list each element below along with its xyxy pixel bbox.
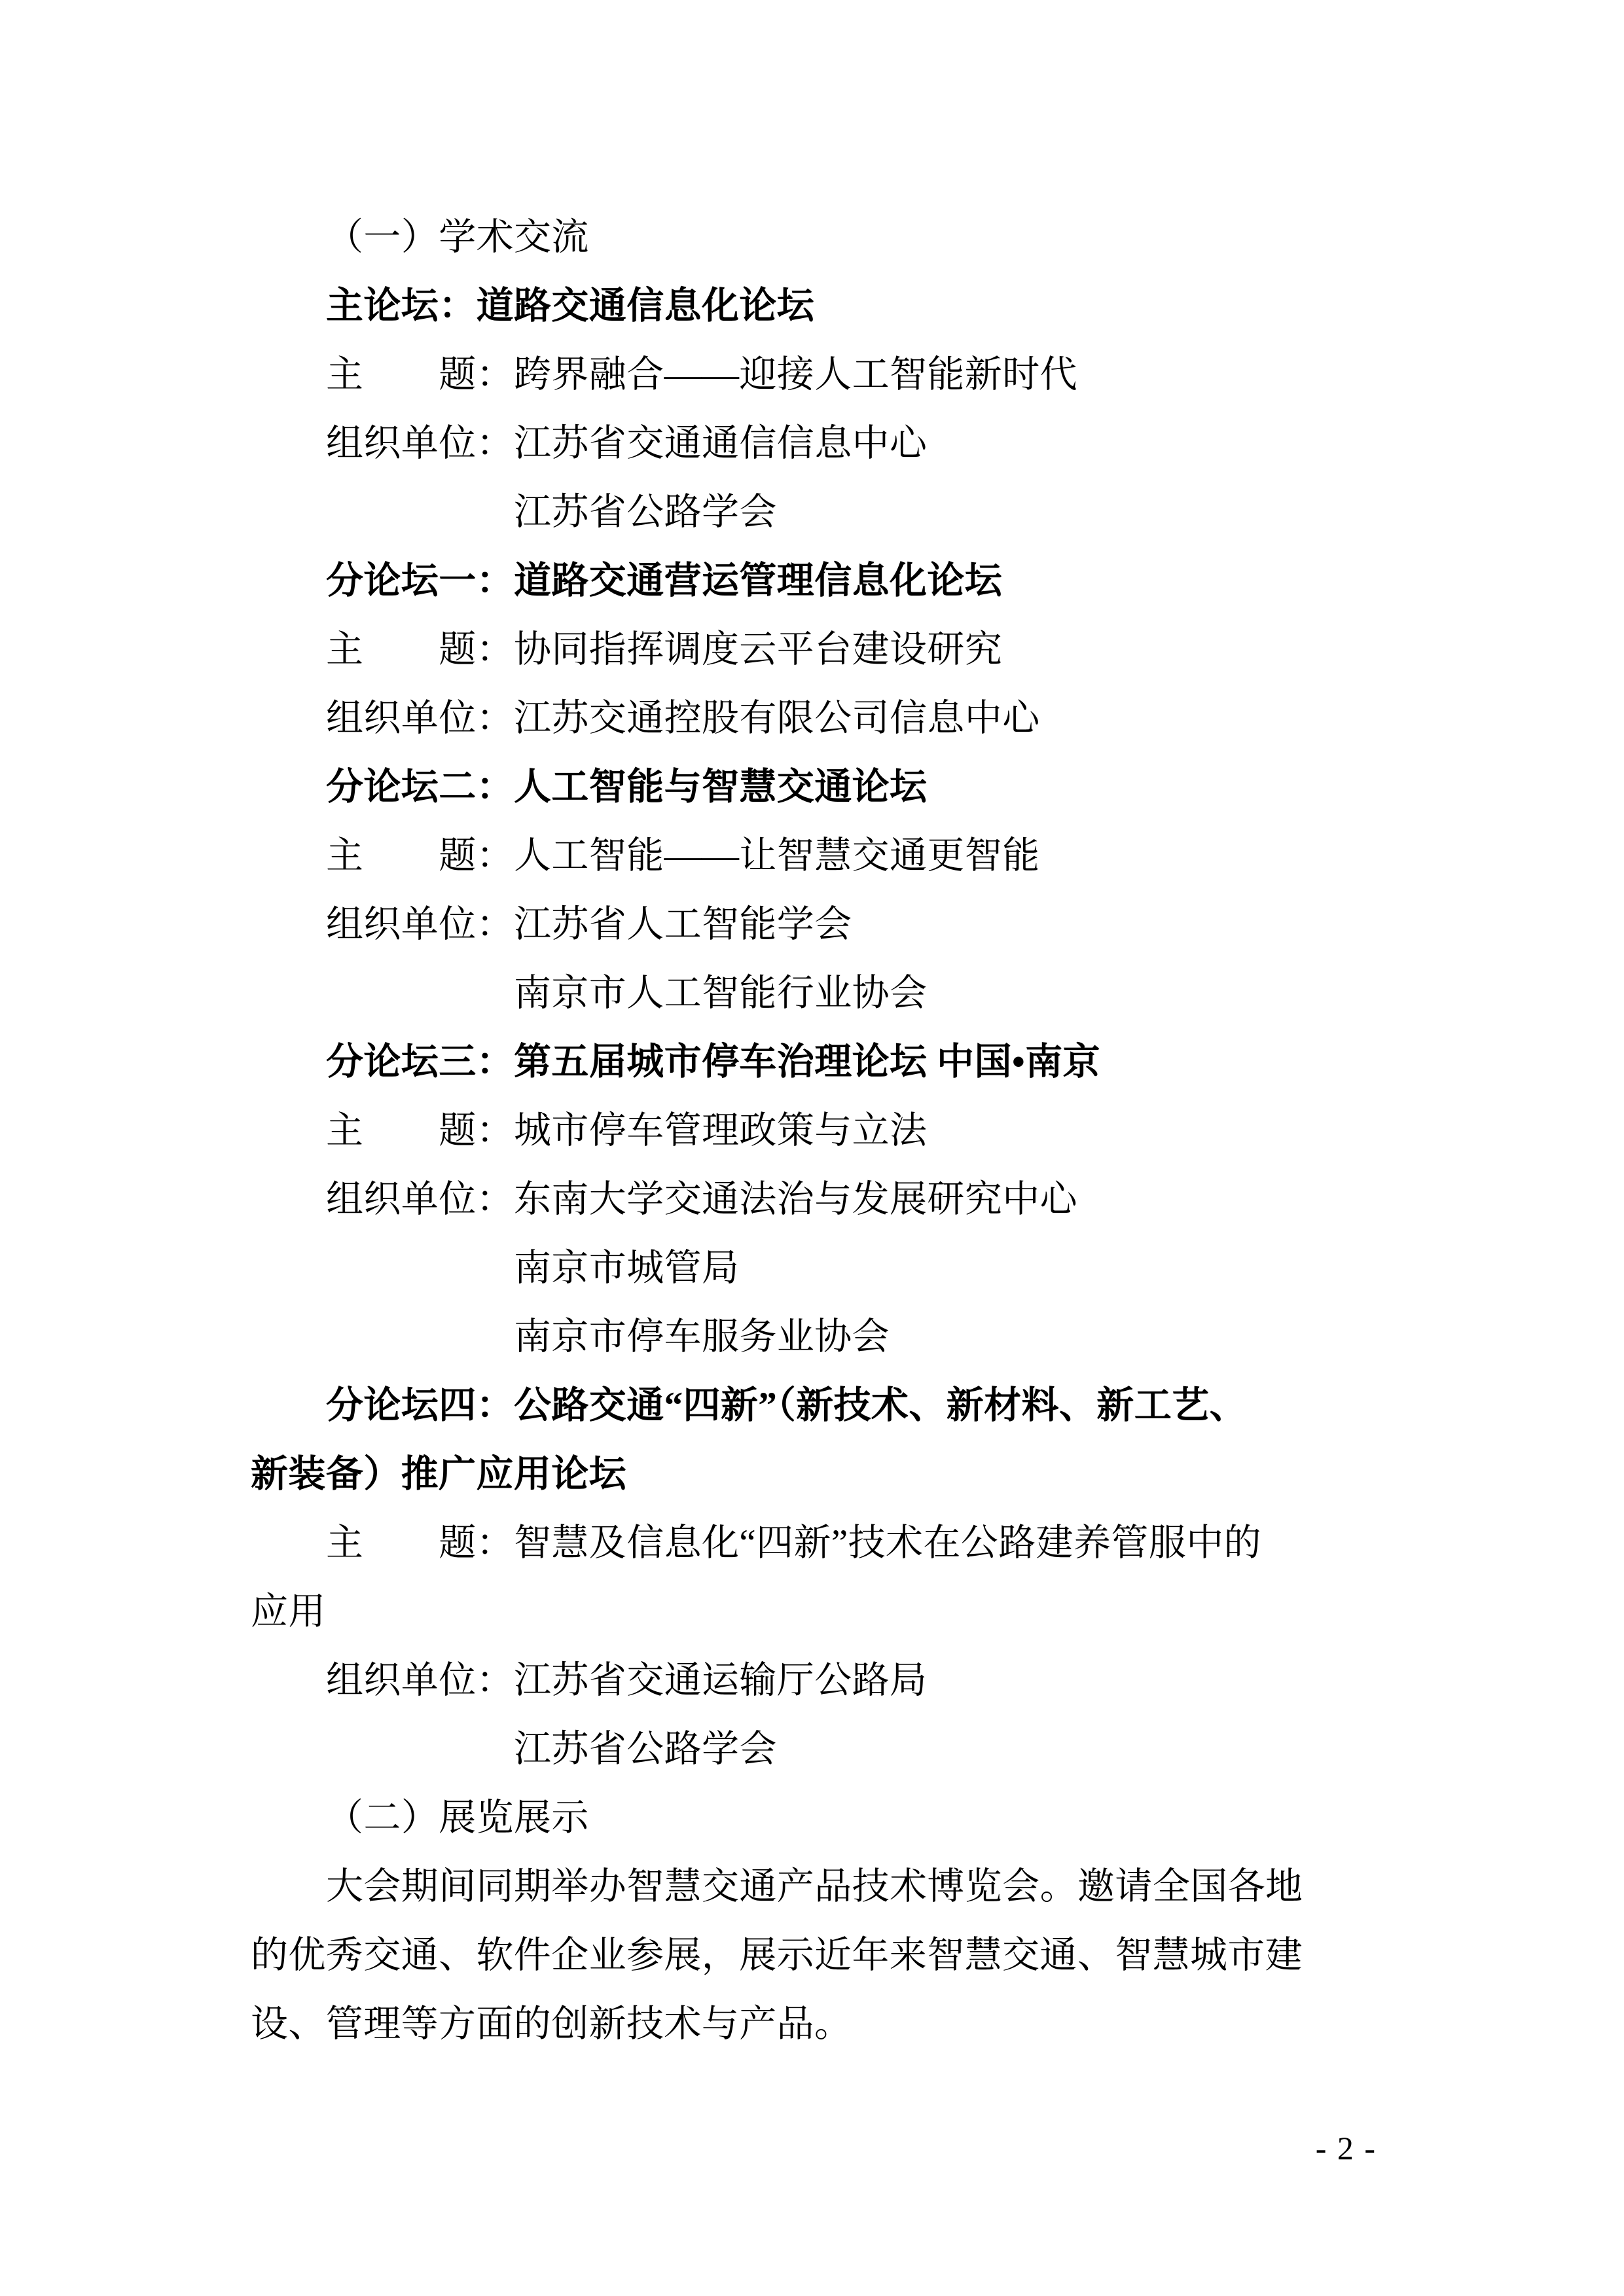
main-forum-topic: 主 题：跨界融合——迎接人工智能新时代 (251, 340, 1383, 409)
subforum-4-organizer: 组织单位：江苏省交通运输厅公路局 (251, 1646, 1383, 1715)
subforum-3-organizer: 组织单位：东南大学交通法治与发展研究中心 (251, 1165, 1383, 1234)
exhibition-paragraph-line-3: 设、管理等方面的创新技术与产品。 (251, 1990, 1383, 2058)
document-page: （一）学术交流 主论坛：道路交通信息化论坛 主 题：跨界融合——迎接人工智能新时… (0, 0, 1624, 2296)
subforum-4-heading-line-2: 新装备）推广应用论坛 (251, 1440, 1383, 1509)
section-2-heading: （二）展览展示 (251, 1784, 1383, 1852)
subforum-2-heading: 分论坛二：人工智能与智慧交通论坛 (251, 753, 1383, 821)
subforum-4-organizer-2: 江苏省公路学会 (251, 1715, 1383, 1784)
main-forum-organizer: 组织单位：江苏省交通通信信息中心 (251, 409, 1383, 478)
page-number: - 2 - (1316, 2128, 1377, 2168)
subforum-3-organizer-2: 南京市城管局 (251, 1234, 1383, 1302)
subforum-3-organizer-3: 南京市停车服务业协会 (251, 1302, 1383, 1371)
exhibition-paragraph-line-1: 大会期间同期举办智慧交通产品技术博览会。邀请全国各地 (251, 1852, 1383, 1921)
subforum-1-topic: 主 题：协同指挥调度云平台建设研究 (251, 615, 1383, 684)
subforum-3-heading: 分论坛三：第五届城市停车治理论坛 中国•南京 (251, 1028, 1383, 1096)
main-forum-heading: 主论坛：道路交通信息化论坛 (251, 272, 1383, 340)
section-1-heading: （一）学术交流 (251, 203, 1383, 272)
main-forum-organizer-2: 江苏省公路学会 (251, 478, 1383, 547)
subforum-3-topic: 主 题：城市停车管理政策与立法 (251, 1096, 1383, 1165)
subforum-1-organizer: 组织单位：江苏交通控股有限公司信息中心 (251, 684, 1383, 753)
subforum-4-topic-line-1: 主 题：智慧及信息化“四新”技术在公路建养管服中的 (251, 1509, 1383, 1577)
subforum-4-topic-line-2: 应用 (251, 1577, 1383, 1646)
subforum-4-heading-line-1: 分论坛四：公路交通“四新”（新技术、新材料、新工艺、 (251, 1371, 1383, 1440)
subforum-1-heading: 分论坛一：道路交通营运管理信息化论坛 (251, 547, 1383, 615)
exhibition-paragraph-line-2: 的优秀交通、软件企业参展，展示近年来智慧交通、智慧城市建 (251, 1921, 1383, 1990)
subforum-2-organizer: 组织单位：江苏省人工智能学会 (251, 890, 1383, 959)
subforum-2-organizer-2: 南京市人工智能行业协会 (251, 959, 1383, 1028)
subforum-2-topic: 主 题：人工智能——让智慧交通更智能 (251, 821, 1383, 890)
document-body: （一）学术交流 主论坛：道路交通信息化论坛 主 题：跨界融合——迎接人工智能新时… (251, 203, 1383, 2058)
